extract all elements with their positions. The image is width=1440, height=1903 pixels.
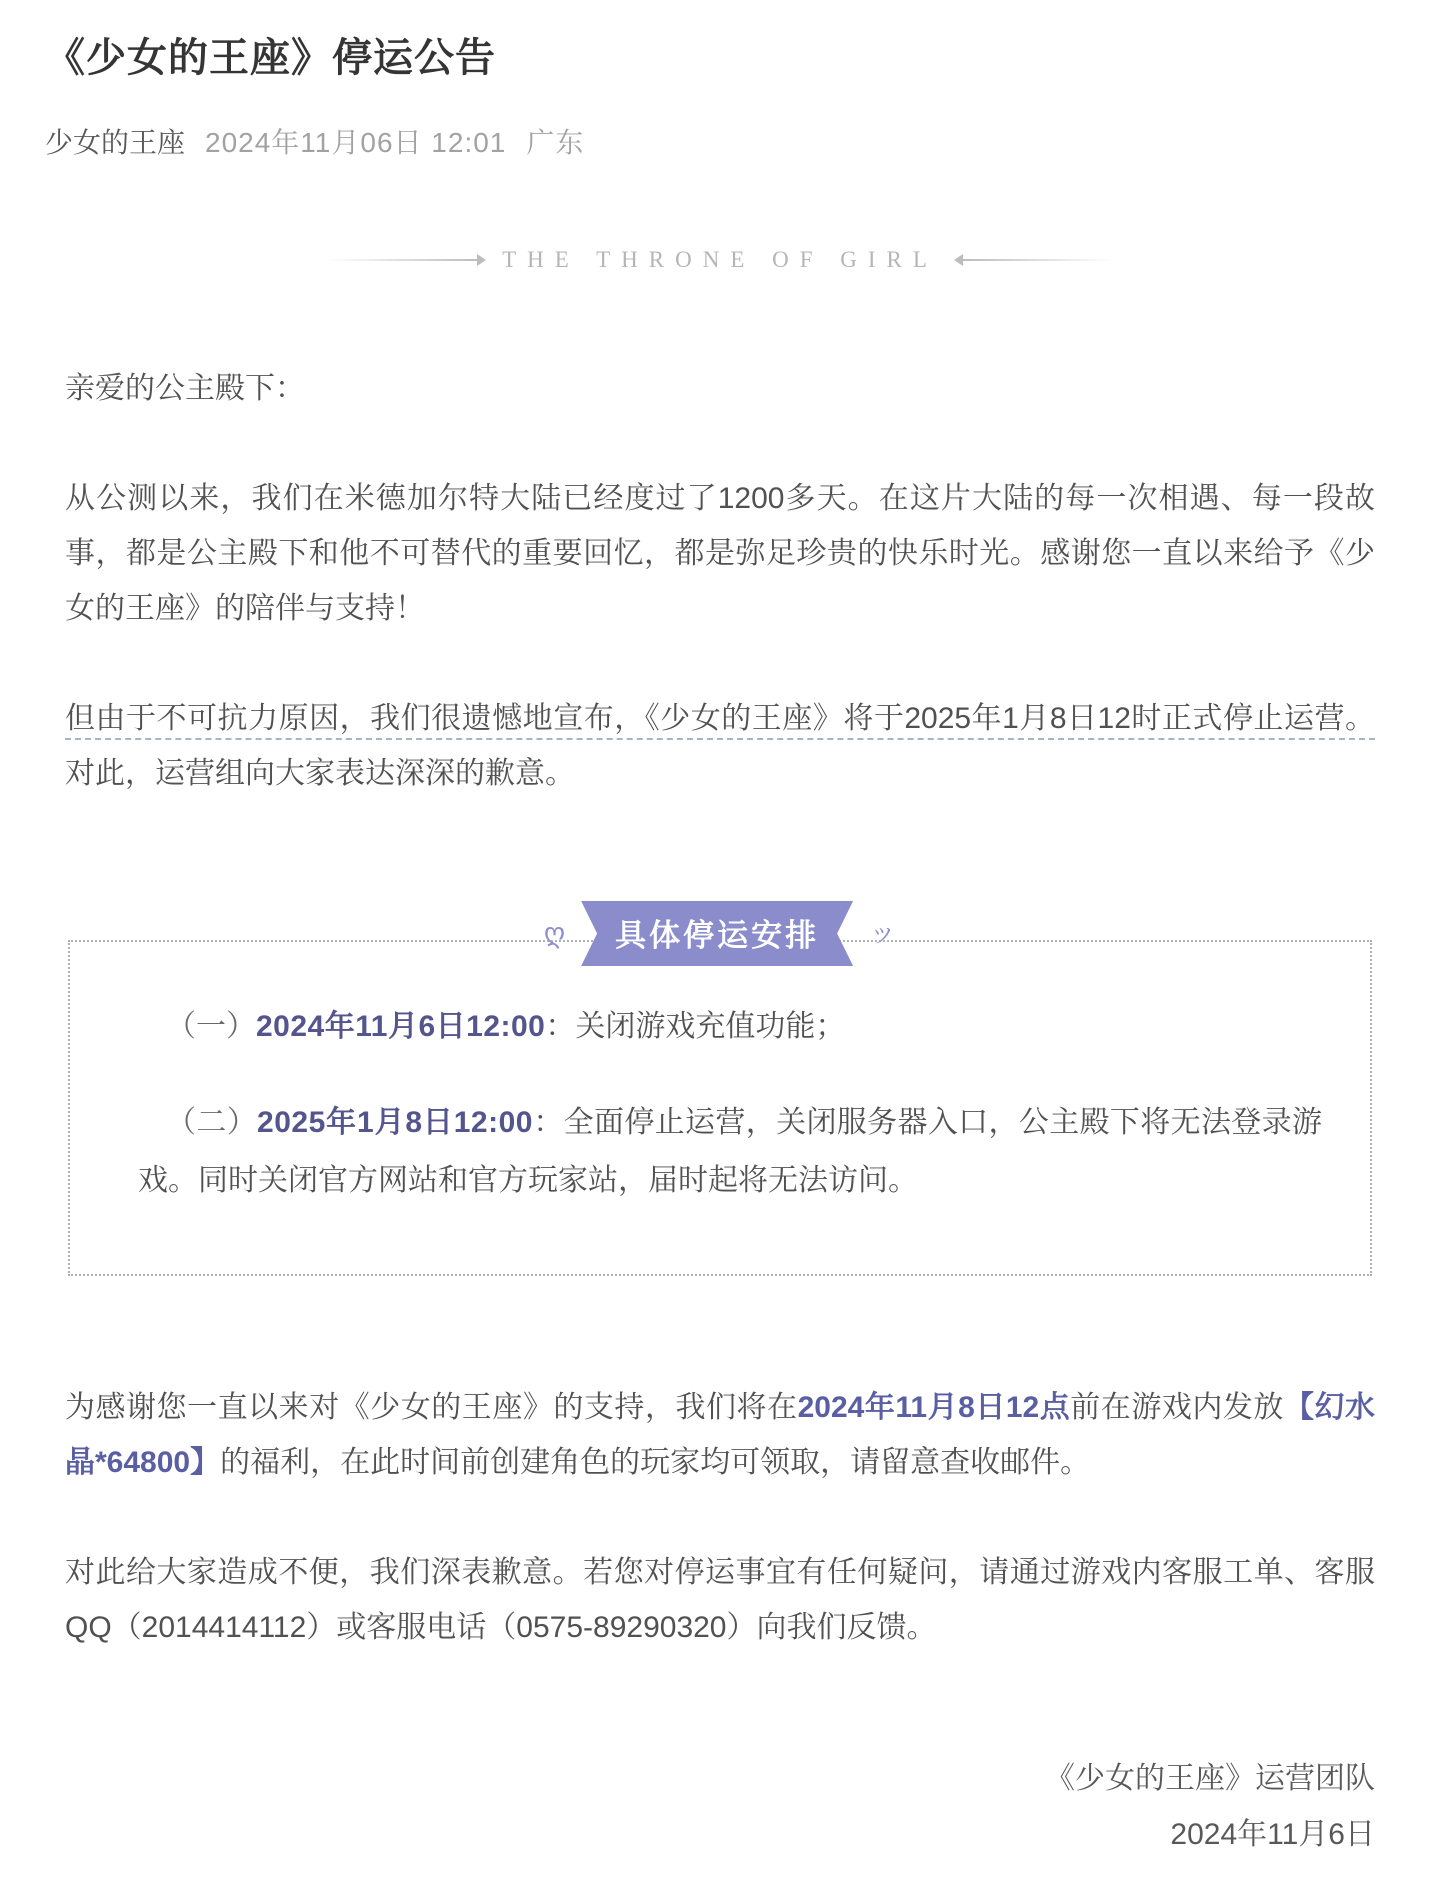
shutdown-sentence-underlined: 但由于不可抗力原因，我们很遗憾地宣布，《少女的王座》将于2025年1月8日12时… [65, 702, 1375, 735]
section-banner: ღ 具体停运安排 ッ [65, 901, 1375, 966]
heart-glyph-icon: ღ [544, 920, 565, 947]
announcement-article: 《少女的王座》停运公告 少女的王座 2024年11月06日 12:01 广东 T… [0, 0, 1440, 1903]
benefit-deadline: 2024年11月8日12点 [798, 1391, 1071, 1424]
item-1-date: 2024年11月6日12:00 [256, 1010, 545, 1043]
article-body: 亲爱的公主殿下： 从公测以来，我们在米德加尔特大陆已经度过了1200多天。在这片… [45, 361, 1395, 1655]
benefit-mid: 前在游戏内发放 [1070, 1391, 1284, 1424]
apology-sentence: 对此，运营组向大家表达深深的歉意。 [65, 757, 575, 790]
divider-line-right [963, 259, 1113, 261]
item-2-date: 2025年1月8日12:00 [257, 1106, 533, 1139]
divider-arrow-right-icon [954, 254, 963, 266]
benefit-post: 的福利，在此时间前创建角色的玩家均可领取，请留意查收邮件。 [220, 1446, 1090, 1479]
signature-date: 2024年11月6日 [65, 1807, 1375, 1863]
item-1-text: 关闭游戏充值功能； [575, 1010, 845, 1043]
benefit-paragraph: 为感谢您一直以来对《少女的王座》的支持，我们将在2024年11月8日12点前在游… [65, 1380, 1375, 1490]
item-2-separator: ： [533, 1106, 564, 1139]
schedule-ribbon-title: 具体停运安排 [581, 901, 853, 966]
byline: 少女的王座 2024年11月06日 12:01 广东 [45, 121, 1395, 161]
publish-datetime: 2024年11月06日 12:01 [205, 121, 506, 161]
divider-arrow-left-icon [477, 254, 486, 266]
benefit-pre: 为感谢您一直以来对《少女的王座》的支持，我们将在 [65, 1391, 798, 1424]
shutdown-announcement-paragraph: 但由于不可抗力原因，我们很遗憾地宣布，《少女的王座》将于2025年1月8日12时… [65, 691, 1375, 801]
publish-location: 广东 [526, 121, 584, 161]
divider-line-left [327, 259, 477, 261]
greeting-text: 亲爱的公主殿下： [65, 361, 1375, 416]
schedule-item-1: （一）2024年11月6日12:00：关闭游戏充值功能； [118, 998, 1322, 1056]
page-title: 《少女的王座》停运公告 [45, 26, 1395, 83]
ornamental-divider: THE THRONE OF GIRL [45, 247, 1395, 273]
item-1-separator: ： [545, 1010, 575, 1043]
item-1-index: （一） [166, 1010, 256, 1043]
signature-block: 《少女的王座》运营团队 2024年11月6日 [45, 1751, 1395, 1863]
account-name-link[interactable]: 少女的王座 [45, 121, 185, 161]
schedule-dotted-box: （一）2024年11月6日12:00：关闭游戏充值功能； （二）2025年1月8… [68, 940, 1372, 1276]
item-2-index: （二） [166, 1106, 257, 1139]
intro-paragraph: 从公测以来，我们在米德加尔特大陆已经度过了1200多天。在这片大陆的每一次相遇、… [65, 471, 1375, 636]
signature-team: 《少女的王座》运营团队 [65, 1751, 1375, 1807]
tsu-glyph-icon: ッ [869, 920, 896, 947]
divider-title: THE THRONE OF GIRL [502, 247, 938, 273]
schedule-item-2: （二）2025年1月8日12:00：全面停止运营，关闭服务器入口，公主殿下将无法… [118, 1094, 1322, 1210]
contact-paragraph: 对此给大家造成不便，我们深表歉意。若您对停运事宜有任何疑问，请通过游戏内客服工单… [65, 1545, 1375, 1655]
